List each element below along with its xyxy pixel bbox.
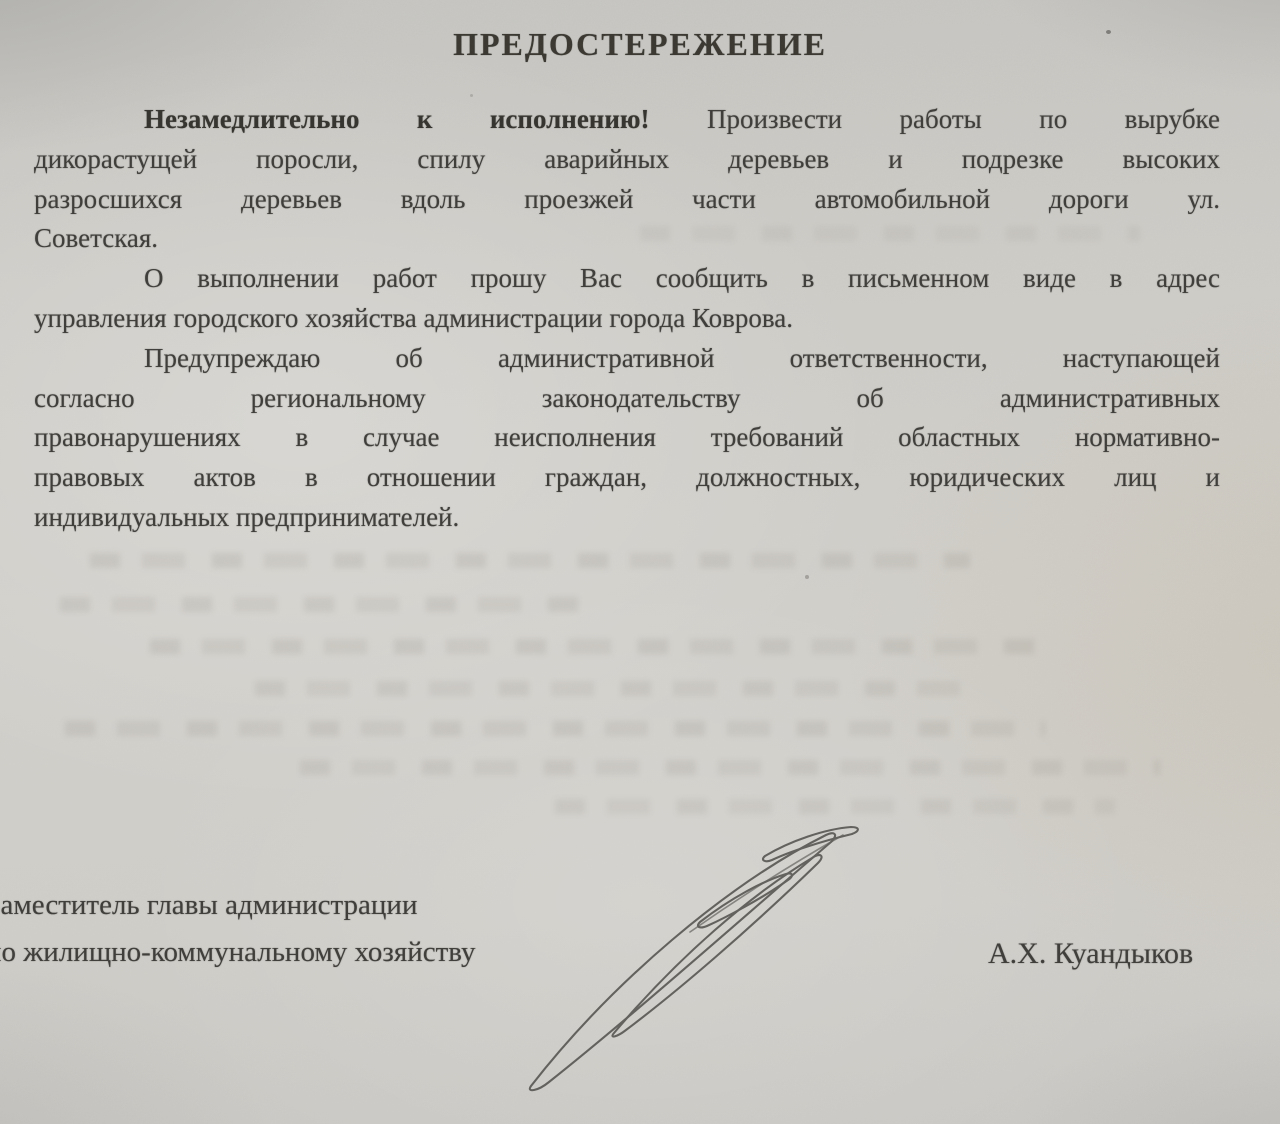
paper-speck bbox=[1106, 30, 1111, 34]
paragraph1-line3: разросшихся деревьев вдоль проезжей част… bbox=[34, 180, 1220, 220]
paragraph3-line2: согласно региональному законодательству … bbox=[34, 379, 1220, 419]
paper-speck bbox=[805, 575, 809, 579]
document-title: ПРЕДОСТЕРЕЖЕНИЕ bbox=[0, 26, 1280, 63]
signer-position: Заместитель главы администрации по жилищ… bbox=[0, 882, 475, 976]
bleed-through-marks bbox=[640, 226, 1140, 241]
bleed-through-marks bbox=[255, 681, 975, 696]
bleed-through-marks bbox=[60, 597, 580, 612]
signer-name: А.Х. Куандыков bbox=[988, 934, 1193, 974]
bleed-through-marks bbox=[300, 760, 1160, 775]
signer-position-line1: Заместитель главы администрации bbox=[0, 882, 475, 929]
paragraph3-line3: правонарушениях в случае неисполнения тр… bbox=[34, 418, 1220, 458]
bleed-through-marks bbox=[555, 799, 1115, 814]
bleed-through-marks bbox=[65, 721, 1045, 736]
paragraph3-line4: правовых актов в отношении граждан, долж… bbox=[34, 458, 1220, 498]
signer-position-line2: по жилищно-коммунальному хозяйству bbox=[0, 929, 475, 976]
bleed-through-marks bbox=[150, 639, 1050, 654]
bleed-through-marks bbox=[90, 553, 970, 568]
paragraph1-line1-rest: Произвести работы по вырубке bbox=[707, 104, 1220, 134]
scanned-document-photo: ПРЕДОСТЕРЕЖЕНИЕ Незамедлительно к исполн… bbox=[0, 0, 1280, 1124]
paragraph3-line5: индивидуальных предпринимателей. bbox=[34, 498, 1220, 538]
document-body: Незамедлительно к исполнению! Произвести… bbox=[34, 100, 1220, 538]
paragraph1-line2: дикорастущей поросли, спилу аварийных де… bbox=[34, 140, 1220, 180]
paragraph1-bold-lead: Незамедлительно к исполнению! bbox=[144, 104, 650, 134]
paragraph2-line2: управления городского хозяйства админист… bbox=[34, 299, 1220, 339]
paper-speck bbox=[470, 94, 473, 97]
paragraph1-line1: Незамедлительно к исполнению! Произвести… bbox=[34, 100, 1220, 140]
paragraph3-line1: Предупреждаю об административной ответст… bbox=[34, 339, 1220, 379]
paragraph2-line1: О выполнении работ прошу Вас сообщить в … bbox=[34, 259, 1220, 299]
